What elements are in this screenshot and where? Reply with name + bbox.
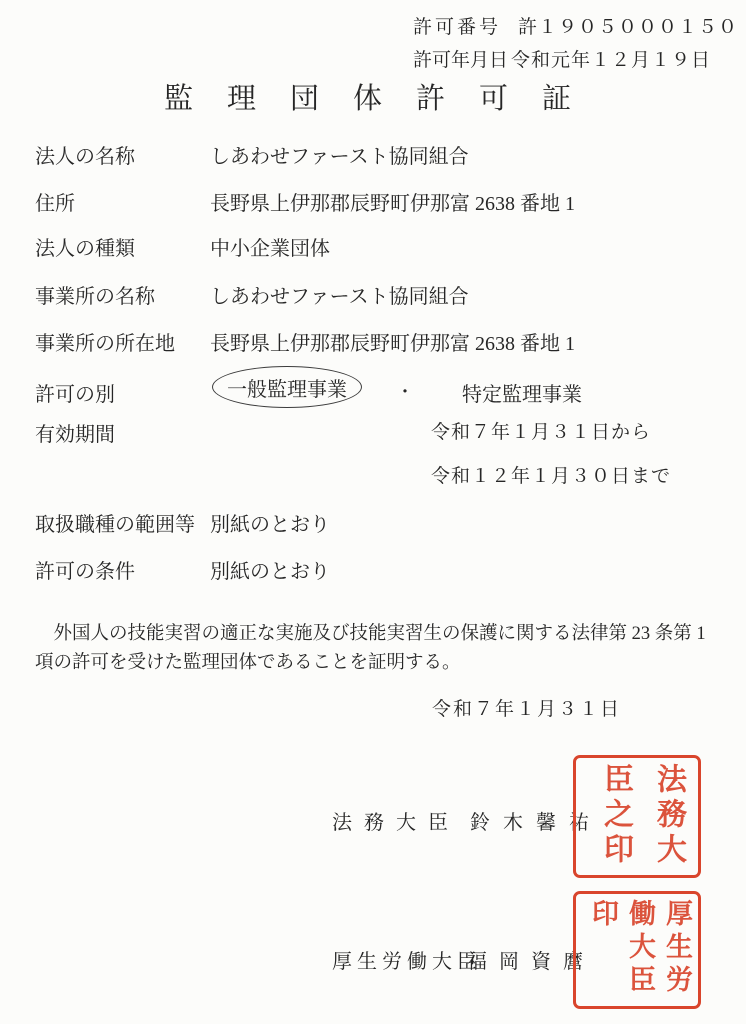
- field-value: 中小企業団体: [210, 232, 330, 261]
- field-row-corporation-name: 法人の名称 しあわせファースト協同組合: [35, 140, 725, 168]
- field-label: 取扱職種の範囲等: [35, 508, 195, 537]
- field-value: しあわせファースト協同組合: [210, 280, 469, 309]
- justice-minister-seal-text: 法務大臣之印: [579, 763, 695, 870]
- permit-type-label: 許可の別: [35, 378, 115, 407]
- certificate-title: 監理団体許可証: [164, 76, 605, 117]
- permit-date-label: 許可年月日: [413, 45, 508, 72]
- permit-number-label: 許可番号: [413, 12, 501, 39]
- validity-from: 令和７年１月３１日から: [431, 417, 651, 444]
- justice-minister-title: 法務大臣: [332, 806, 460, 835]
- field-value: しあわせファースト協同組合: [210, 140, 469, 169]
- field-row-permit-conditions: 許可の条件 別紙のとおり: [35, 555, 725, 583]
- field-label: 法人の種類: [35, 232, 135, 261]
- field-label: 許可の条件: [35, 555, 135, 584]
- selected-permit-type-circle: 一般監理事業: [212, 366, 362, 408]
- field-value: 長野県上伊那郡辰野町伊那富 2638 番地 1: [210, 327, 575, 356]
- field-label: 住所: [35, 187, 75, 216]
- permit-type-row: 許可の別 一般監理事業 ・ 特定監理事業: [35, 369, 725, 415]
- field-value: 長野県上伊那郡辰野町伊那富 2638 番地 1: [210, 187, 575, 216]
- issue-date: 令和７年１月３１日: [432, 694, 621, 721]
- field-row-job-categories: 取扱職種の範囲等 別紙のとおり: [35, 508, 725, 536]
- selected-permit-type: 一般監理事業: [227, 373, 347, 402]
- field-label: 事業所の所在地: [35, 327, 175, 356]
- unselected-permit-type: 特定監理事業: [462, 378, 582, 407]
- health-labour-minister-seal-text: 厚生労働大臣印: [579, 899, 695, 1001]
- field-row-corporation-type: 法人の種類 中小企業団体: [35, 232, 725, 260]
- certificate-document: 許可番号 許１９０５０００１５０ 許可年月日 令和元年１２月１９日 監理団体許可…: [0, 0, 746, 1024]
- validity-label: 有効期間: [35, 418, 115, 447]
- health-labour-minister-title: 厚生労働大臣: [332, 945, 482, 974]
- field-value: 別紙のとおり: [210, 508, 330, 537]
- certification-paragraph: 外国人の技能実習の適正な実施及び技能実習生の保護に関する法律第 23 条第 1 …: [35, 620, 723, 678]
- field-value: 別紙のとおり: [210, 555, 330, 584]
- validity-to: 令和１２年１月３０日まで: [431, 461, 671, 488]
- field-label: 事業所の名称: [35, 280, 155, 309]
- permit-type-separator-dot: ・: [396, 378, 414, 404]
- field-row-office-name: 事業所の名称 しあわせファースト協同組合: [35, 280, 725, 308]
- field-row-office-address: 事業所の所在地 長野県上伊那郡辰野町伊那富 2638 番地 1: [35, 327, 725, 355]
- permit-number-value: 許１９０５０００１５０: [518, 12, 738, 39]
- field-label: 法人の名称: [35, 140, 135, 169]
- justice-minister-seal: 法務大臣之印: [573, 755, 701, 878]
- permit-date-value: 令和元年１２月１９日: [511, 45, 711, 72]
- field-row-address: 住所 長野県上伊那郡辰野町伊那富 2638 番地 1: [35, 187, 725, 215]
- health-labour-minister-seal: 厚生労働大臣印: [573, 891, 701, 1009]
